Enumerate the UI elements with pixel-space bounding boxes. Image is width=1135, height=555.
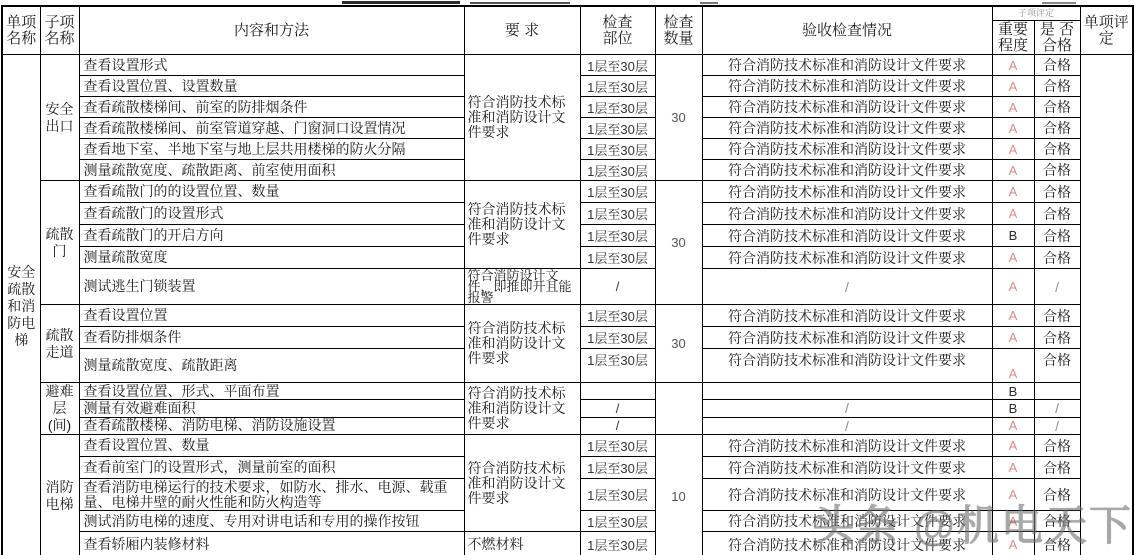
requirement-cell: 不燃材料 (464, 532, 580, 555)
importance-cell: A (992, 181, 1034, 203)
qualified-cell: 合格 (1034, 435, 1080, 457)
quantity-cell: 30 (655, 55, 702, 181)
importance-cell: A (992, 203, 1034, 225)
qualified-cell: 合格 (1034, 118, 1080, 139)
location-cell: / (580, 269, 655, 305)
importance-cell: A (992, 139, 1034, 160)
content-cell: 查看前室门的设置形式，测量前室的面积 (79, 457, 464, 479)
subitem-cell: 消防 电梯 (40, 435, 79, 555)
clipped-caption-remnant (0, 0, 1135, 5)
result-cell: 符合消防技术标准和消防设计文件要求 (702, 139, 992, 160)
content-cell: 查看疏散门的设置形式 (79, 203, 464, 225)
result-cell: 符合消防技术标准和消防设计文件要求 (702, 327, 992, 349)
location-cell: 1层至30层 (580, 349, 655, 383)
result-cell: 符合消防技术标准和消防设计文件要求 (702, 181, 992, 203)
location-cell: 1层至30层 (580, 225, 655, 247)
importance-cell: A (992, 247, 1034, 269)
qualified-cell: / (1034, 400, 1080, 417)
content-cell: 查看疏散楼梯间、前室的防排烟条件 (79, 97, 464, 118)
requirement-cell: 符合消防设计文件，即推即开且能报警 (464, 269, 580, 305)
location-cell: 1层至30层 (580, 327, 655, 349)
importance-cell: A (992, 55, 1034, 76)
qualified-cell: 合格 (1034, 160, 1080, 181)
qualified-cell: 合格 (1034, 55, 1080, 76)
importance-cell: A (992, 417, 1034, 434)
requirement-cell: 符合消防技术标准和消防设计文件要求 (464, 305, 580, 383)
importance-cell: A (992, 160, 1034, 181)
requirement-cell: 符合消防技术标准和消防设计文件要求 (464, 435, 580, 532)
location-cell: 1层至30层 (580, 511, 655, 532)
table-row: 疏散 走道 查看设置位置 符合消防技术标准和消防设计文件要求 1层至30层 30… (2, 305, 1133, 327)
quantity-cell: 10 (655, 435, 702, 555)
col-subitem-name: 子项 名称 (40, 6, 79, 55)
subitem-cell: 安全 出口 (40, 55, 79, 181)
content-cell: 查看疏散门的开启方向 (79, 225, 464, 247)
content-cell: 测量有效避难面积 (79, 400, 464, 417)
col-subitem-eval: 子项评定 (992, 6, 1080, 21)
item-name-cell: 安全 疏散 和消 防电 梯 (2, 55, 40, 555)
quantity-cell: 30 (655, 181, 702, 305)
inspection-record-table: 单项 名称 子项 名称 内容和方法 要 求 检查 部位 检查 数量 验收检查情况… (1, 5, 1134, 555)
result-cell: / (702, 269, 992, 305)
content-cell: 查看疏散楼梯、消防电梯、消防设施设置 (79, 417, 464, 434)
qualified-cell: 合格 (1034, 203, 1080, 225)
location-cell (580, 383, 655, 400)
qualified-cell: 合格 (1034, 349, 1080, 383)
watermark: 头条 @机电天下 (812, 493, 1133, 553)
result-cell: 符合消防技术标准和消防设计文件要求 (702, 97, 992, 118)
result-cell: 符合消防技术标准和消防设计文件要求 (702, 457, 992, 479)
qualified-cell: 合格 (1034, 181, 1080, 203)
importance-cell: A (992, 76, 1034, 97)
requirement-cell: 符合消防技术标准和消防设计文件要求 (464, 383, 580, 435)
qualified-cell: 合格 (1034, 225, 1080, 247)
importance-cell: B (992, 383, 1034, 400)
col-qualified: 是 否 合格 (1034, 21, 1080, 55)
item-eval-cell (1080, 55, 1133, 555)
col-location: 检查 部位 (580, 6, 655, 55)
qualified-cell: 合格 (1034, 97, 1080, 118)
location-cell: / (580, 417, 655, 434)
result-cell: 符合消防技术标准和消防设计文件要求 (702, 435, 992, 457)
importance-cell: B (992, 225, 1034, 247)
qualified-cell: 合格 (1034, 457, 1080, 479)
quantity-cell: 30 (655, 305, 702, 383)
importance-cell: A (992, 118, 1034, 139)
importance-cell: A (992, 305, 1034, 327)
content-cell: 测量疏散宽度、疏散距离、前室使用面积 (79, 160, 464, 181)
table-row: 疏散 门 查看疏散门的的设置位置、数量 符合消防技术标准和消防设计文件要求 1层… (2, 181, 1133, 203)
col-item-name: 单项 名称 (2, 6, 40, 55)
requirement-cell: 符合消防技术标准和消防设计文件要求 (464, 55, 580, 181)
col-content-method: 内容和方法 (79, 6, 464, 55)
header-row-top: 单项 名称 子项 名称 内容和方法 要 求 检查 部位 检查 数量 验收检查情况… (2, 6, 1133, 21)
importance-cell: A (992, 269, 1034, 305)
content-cell: 查看地下室、半地下室与地上层共用楼梯的防火分隔 (79, 139, 464, 160)
qualified-cell: 合格 (1034, 327, 1080, 349)
col-quantity: 检查 数量 (655, 6, 702, 55)
qualified-cell: 合格 (1034, 247, 1080, 269)
content-cell: 查看疏散门的的设置位置、数量 (79, 181, 464, 203)
result-cell: 符合消防技术标准和消防设计文件要求 (702, 118, 992, 139)
location-cell: 1层至30层 (580, 181, 655, 203)
content-cell: 测量疏散宽度 (79, 247, 464, 269)
subitem-cell: 疏散 门 (40, 181, 79, 305)
result-cell: 符合消防技术标准和消防设计文件要求 (702, 247, 992, 269)
content-cell: 查看轿厢内装修材料 (79, 532, 464, 555)
content-cell: 测量疏散宽度、疏散距离 (79, 349, 464, 383)
result-cell: 符合消防技术标准和消防设计文件要求 (702, 76, 992, 97)
location-cell: 1层至30层 (580, 97, 655, 118)
qualified-cell: / (1034, 417, 1080, 434)
quantity-cell (655, 383, 702, 435)
qualified-cell (1034, 383, 1080, 400)
result-cell: / (702, 400, 992, 417)
subitem-cell: 避难 层 (间) (40, 383, 79, 435)
requirement-cell: 符合消防技术标准和消防设计文件要求 (464, 181, 580, 269)
importance-cell: A (992, 97, 1034, 118)
location-cell: 1层至30层 (580, 247, 655, 269)
content-cell: 查看设置形式 (79, 55, 464, 76)
content-cell: 测试逃生门锁装置 (79, 269, 464, 305)
location-cell: 1层至30层 (580, 160, 655, 181)
content-cell: 测试消防电梯的速度、专用对讲电话和专用的操作按钮 (79, 511, 464, 532)
result-cell: 符合消防技术标准和消防设计文件要求 (702, 203, 992, 225)
col-requirement: 要 求 (464, 6, 580, 55)
content-cell: 查看设置位置 (79, 305, 464, 327)
location-cell: 1层至30层 (580, 55, 655, 76)
location-cell: 1层至30层 (580, 139, 655, 160)
location-cell: 1层至30层 (580, 305, 655, 327)
content-cell: 查看消防电梯运行的技术要求，如防水、排水、电源、载重量、电梯井壁的耐火性能和防火… (79, 479, 464, 511)
result-cell: 符合消防技术标准和消防设计文件要求 (702, 160, 992, 181)
table-row: 安全 疏散 和消 防电 梯 安全 出口 查看设置形式 符合消防技术标准和消防设计… (2, 55, 1133, 76)
content-cell: 查看设置位置、形式、平面布置 (79, 383, 464, 400)
importance-cell: A (992, 457, 1034, 479)
table-row: 测试逃生门锁装置 符合消防设计文件，即推即开且能报警 / / A / (2, 269, 1133, 305)
result-cell: 符合消防技术标准和消防设计文件要求 (702, 305, 992, 327)
importance-cell: B (992, 400, 1034, 417)
result-cell: 符合消防技术标准和消防设计文件要求 (702, 55, 992, 76)
location-cell: 1层至30层 (580, 76, 655, 97)
content-cell: 查看防排烟条件 (79, 327, 464, 349)
table-row: 消防 电梯 查看设置位置、数量 符合消防技术标准和消防设计文件要求 1层至30层… (2, 435, 1133, 457)
qualified-cell: 合格 (1034, 139, 1080, 160)
location-cell: / (580, 400, 655, 417)
qualified-cell: 合格 (1034, 76, 1080, 97)
content-cell: 查看疏散楼梯间、前室管道穿越、门窗洞口设置情况 (79, 118, 464, 139)
result-cell: / (702, 417, 992, 434)
location-cell: 1层至30层 (580, 479, 655, 511)
qualified-cell: 合格 (1034, 305, 1080, 327)
content-cell: 查看设置位置、设置数量 (79, 76, 464, 97)
col-item-eval: 单项评 定 (1080, 6, 1133, 55)
content-cell: 查看设置位置、数量 (79, 435, 464, 457)
importance-cell: A (992, 327, 1034, 349)
location-cell: 1层至30层 (580, 532, 655, 555)
location-cell: 1层至30层 (580, 203, 655, 225)
col-importance: 重要 程度 (992, 21, 1034, 55)
result-cell (702, 383, 992, 400)
location-cell: 1层至30层 (580, 435, 655, 457)
subitem-cell: 疏散 走道 (40, 305, 79, 383)
result-cell: 符合消防技术标准和消防设计文件要求 (702, 349, 992, 383)
result-cell: 符合消防技术标准和消防设计文件要求 (702, 225, 992, 247)
location-cell: 1层至30层 (580, 118, 655, 139)
qualified-cell: / (1034, 269, 1080, 305)
importance-cell: A (992, 349, 1034, 383)
location-cell: 1层至30层 (580, 457, 655, 479)
importance-cell: A (992, 435, 1034, 457)
col-result: 验收检查情况 (702, 6, 992, 55)
table-row: 避难 层 (间) 查看设置位置、形式、平面布置 符合消防技术标准和消防设计文件要… (2, 383, 1133, 400)
